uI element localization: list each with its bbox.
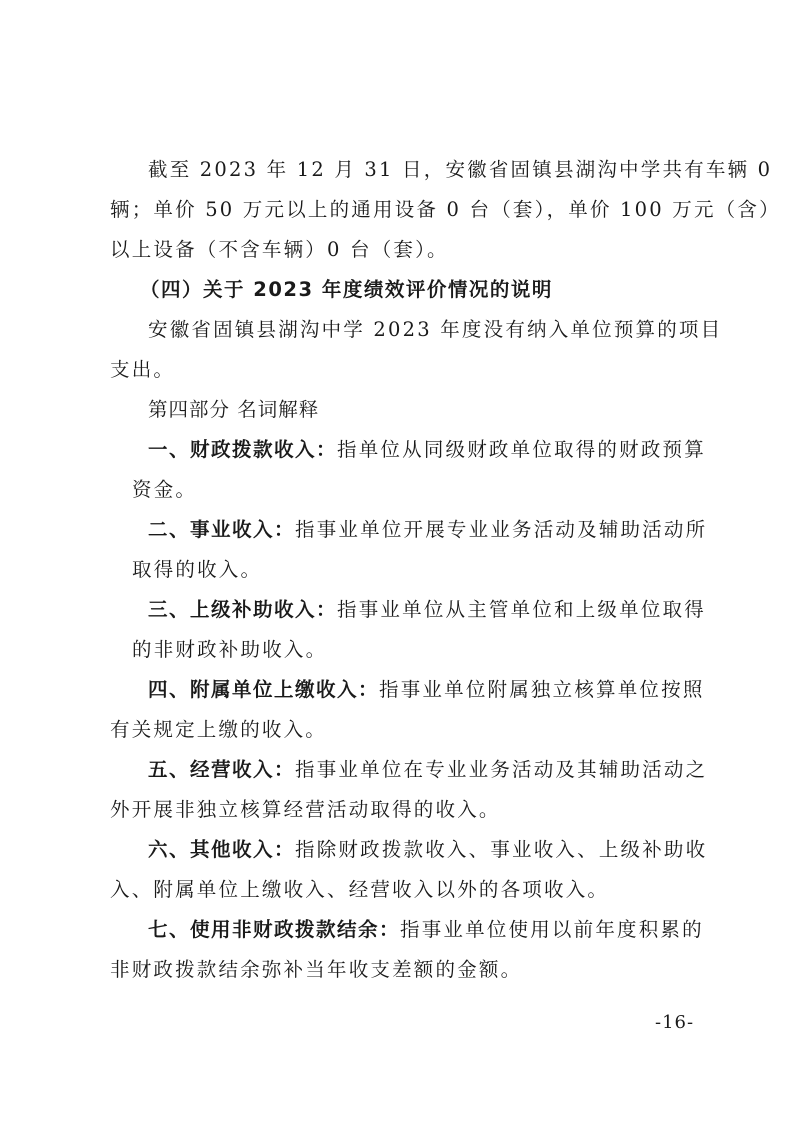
term-definition-cont: 有关规定上缴的收入。 — [110, 717, 700, 743]
term-definition: 指事业单位从主管单位和上级单位取得 — [337, 598, 706, 621]
term-item: 二、事业收入：指事业单位开展专业业务活动及辅助活动所 — [148, 517, 738, 543]
term-label: 二、事业收入： — [148, 518, 295, 541]
term-definition: 指事业单位使用以前年度积累的 — [400, 918, 704, 941]
term-item: 七、使用非财政拨款结余：指事业单位使用以前年度积累的 — [148, 917, 738, 943]
section-4-heading: （四）关于 2023 年度绩效评价情况的说明 — [140, 277, 730, 303]
term-definition-cont: 取得的收入。 — [132, 557, 722, 583]
term-definition: 指事业单位在专业业务活动及其辅助活动之 — [295, 758, 707, 781]
document-page: 截至 2023 年 12 月 31 日，安徽省固镇县湖沟中学共有车辆 0 辆；单… — [0, 0, 793, 1122]
term-definition: 指事业单位开展专业业务活动及辅助活动所 — [295, 518, 707, 541]
term-definition: 指单位从同级财政单位取得的财政预算 — [337, 438, 706, 461]
term-item: 三、上级补助收入：指事业单位从主管单位和上级单位取得 — [148, 597, 738, 623]
term-label: 三、上级补助收入： — [148, 598, 337, 621]
performance-para-line-2: 支出。 — [110, 357, 700, 383]
term-label: 一、财政拨款收入： — [148, 438, 337, 461]
term-item: 五、经营收入：指事业单位在专业业务活动及其辅助活动之 — [148, 757, 738, 783]
assets-para-line-2: 辆；单价 50 万元以上的通用设备 0 台（套），单价 100 万元（含） — [110, 197, 700, 223]
term-item: 四、附属单位上缴收入：指事业单位附属独立核算单位按照 — [148, 677, 738, 703]
assets-para-line-1: 截至 2023 年 12 月 31 日，安徽省固镇县湖沟中学共有车辆 0 — [148, 157, 738, 183]
term-definition: 指事业单位附属独立核算单位按照 — [379, 678, 705, 701]
page-number: -16- — [655, 1012, 694, 1033]
assets-para-line-3: 以上设备（不含车辆）0 台（套）。 — [110, 237, 700, 263]
performance-para-line-1: 安徽省固镇县湖沟中学 2023 年度没有纳入单位预算的项目 — [148, 317, 738, 343]
term-definition-cont: 入、附属单位上缴收入、经营收入以外的各项收入。 — [110, 877, 700, 903]
term-definition-cont: 的非财政补助收入。 — [132, 637, 722, 663]
term-label: 四、附属单位上缴收入： — [148, 678, 379, 701]
term-label: 七、使用非财政拨款结余： — [148, 918, 400, 941]
term-definition-cont: 资金。 — [132, 477, 722, 503]
part-4-heading: 第四部分 名词解释 — [148, 397, 738, 423]
term-definition-cont: 非财政拨款结余弥补当年收支差额的金额。 — [110, 957, 700, 983]
term-item: 一、财政拨款收入：指单位从同级财政单位取得的财政预算 — [148, 437, 738, 463]
term-item: 六、其他收入：指除财政拨款收入、事业收入、上级补助收 — [148, 837, 738, 863]
term-definition: 指除财政拨款收入、事业收入、上级补助收 — [295, 838, 707, 861]
term-label: 六、其他收入： — [148, 838, 295, 861]
term-label: 五、经营收入： — [148, 758, 295, 781]
term-definition-cont: 外开展非独立核算经营活动取得的收入。 — [110, 797, 700, 823]
